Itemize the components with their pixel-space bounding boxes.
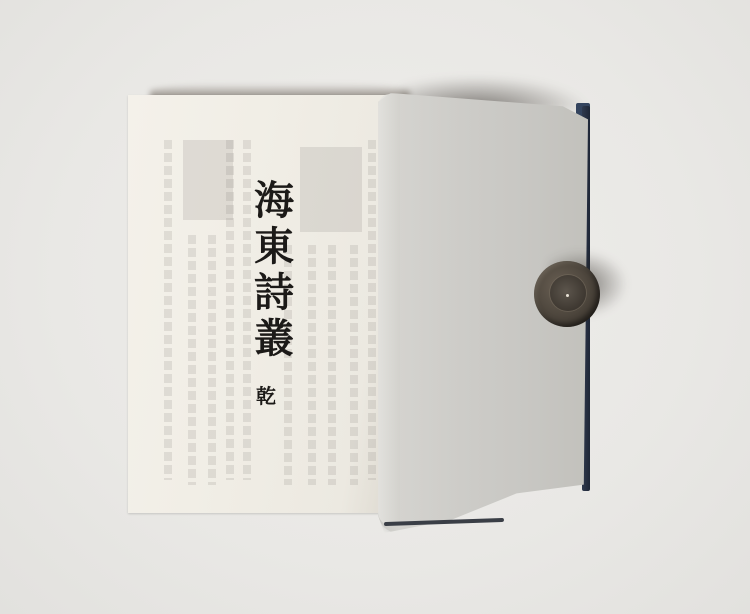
weight-highlight <box>566 294 569 297</box>
brass-weight-knob <box>550 275 586 311</box>
title-char: 詩 <box>254 270 294 316</box>
show-through-text-column <box>188 235 196 485</box>
title-char: 叢 <box>254 316 294 362</box>
show-through-text-column <box>368 140 376 480</box>
show-through-text-column <box>350 245 358 485</box>
show-through-text-column <box>328 245 336 485</box>
show-through-text-column <box>208 235 216 485</box>
title-char: 海 <box>254 178 294 224</box>
show-through-portrait <box>300 147 362 232</box>
book-title: 海 東 詩 叢 <box>250 178 298 362</box>
flap-fold-highlight <box>378 94 400 526</box>
volume-mark: 乾 <box>256 380 276 409</box>
show-through-text-column <box>164 140 172 480</box>
photo-scene: 海 東 詩 叢 乾 <box>0 0 750 614</box>
show-through-text-column <box>226 140 234 480</box>
title-char: 東 <box>254 224 294 270</box>
show-through-text-column <box>308 245 316 485</box>
